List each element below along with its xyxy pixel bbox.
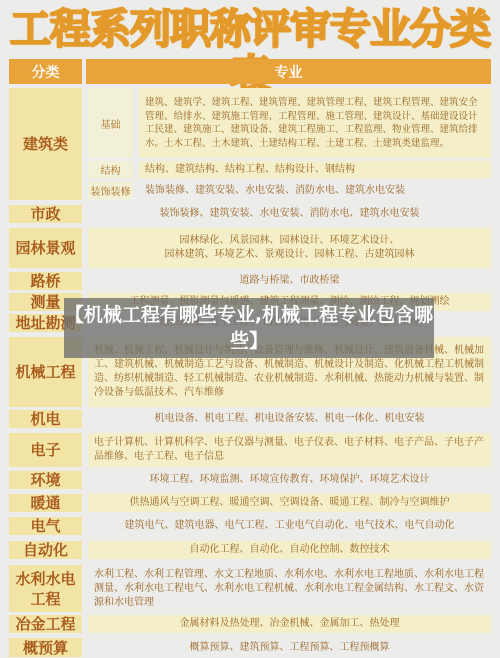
majors-dianqi: 建筑电气、建筑电器、电气工程、工业电气自动化、电气技术、电气自动化 <box>88 517 491 535</box>
majors-zhuangshi: 装饰装修、建筑安装、水电安装、消防水电、建筑水电安装 <box>139 181 491 200</box>
category-nuantong: 暖通 <box>9 494 82 512</box>
category-shuili: 水利水电工程 <box>9 565 82 612</box>
category-jidian: 机电 <box>9 410 82 428</box>
subcategory-jiegou: 结构 <box>88 161 133 178</box>
category-huanjing: 环境 <box>9 471 82 489</box>
category-dianqi: 电气 <box>9 517 82 535</box>
title-part1: 工程系列职称评审 <box>10 5 330 53</box>
category-zidonghua: 自动化 <box>9 541 82 559</box>
header-major: 专业 <box>86 59 491 84</box>
majors-shizheng: 装饰装修、建筑安装、水电安装、消防水电、建筑水电安装 <box>88 205 491 223</box>
majors-huanjing: 环境工程、环境监测、环境宣传教育、环境保护、环境艺术设计 <box>88 471 491 489</box>
majors-yejin: 金属材料及热处理、冶金机械、金属加工、热处理 <box>88 615 491 633</box>
majors-jichu: 建筑、建筑学、建筑工程、建筑管理、建筑管理工程、建筑工程管理、建筑安全管理、给排… <box>139 88 491 158</box>
subcategory-zhuangshi: 装饰装修 <box>88 181 133 200</box>
category-yuanlin: 园林景观 <box>9 228 82 268</box>
majors-luqiao: 道路与桥梁、市政桥梁 <box>88 272 491 290</box>
header-category: 分类 <box>9 59 82 84</box>
category-jianzhu: 建筑类 <box>9 88 82 200</box>
majors-jidian: 机电设备、机电工程、机电设备安装、机电一体化、机电安装 <box>88 410 491 428</box>
majors-nuantong: 供热通风与空调工程、暖通空调、空调设备、暖通工程、制冷与空调维护 <box>88 494 491 512</box>
majors-dianzi: 电子计算机、计算机科学、电子仪器与测量、电子仪表、电子材料、电子产品、子电子产品… <box>88 433 491 467</box>
category-shizheng: 市政 <box>9 205 82 223</box>
majors-shuili: 水利工程、水利工程管理、水文工程地质、水利水电、水利水电工程地质、水利水电工程测… <box>88 565 491 612</box>
majors-gaiyusuan: 概算预算、建筑预算、工程预算、工程预概算 <box>88 638 491 657</box>
category-yejin: 冶金工程 <box>9 615 82 633</box>
caption-overlay: 【机械工程有哪些专业,机械工程专业包含哪些】 <box>64 298 434 358</box>
majors-yuanlin: 园林绿化、风景园林、园林设计、环境艺术设计、 园林建筑、环境艺术、景观设计、园林… <box>88 228 491 268</box>
majors-zidonghua: 自动化工程、自动化、自动化控制、数控技术 <box>88 541 491 559</box>
category-luqiao: 路桥 <box>9 272 82 290</box>
category-dianzi: 电子 <box>9 433 82 467</box>
majors-jiegou: 结构、建筑结构、结构工程、结构设计、钢结构 <box>139 161 491 178</box>
category-gaiyusuan: 概预算 <box>9 638 82 657</box>
page-title: 工程系列职称评审专业分类表 <box>0 6 500 98</box>
subcategory-jichu: 基础 <box>88 88 133 158</box>
